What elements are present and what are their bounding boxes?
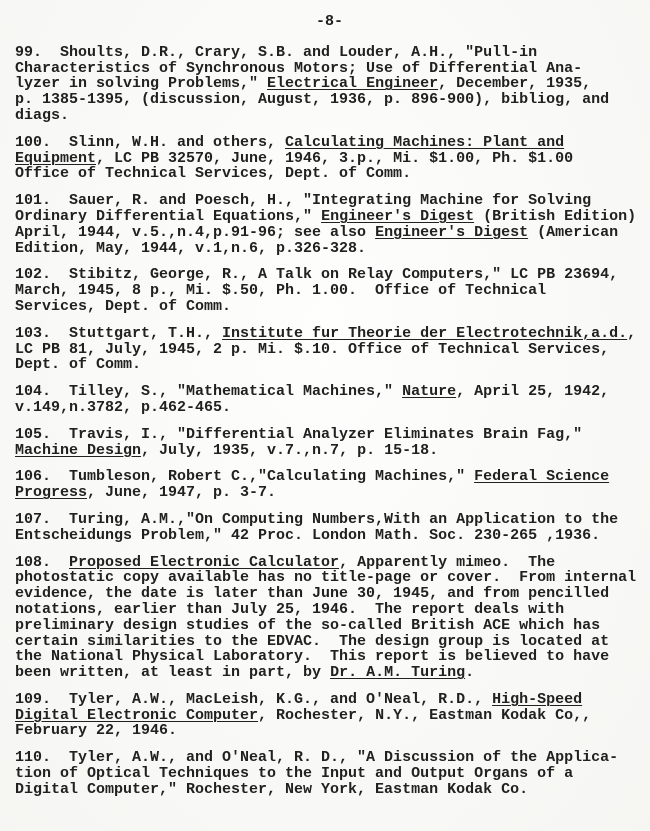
bib-line: preliminary design studies of the so-cal… [15, 618, 644, 634]
bib-line: Office of Technical Services, Dept. of C… [15, 166, 644, 182]
bib-line: February 22, 1946. [15, 723, 644, 739]
underlined-title: Institute fur Theorie der Electrotechnik… [222, 325, 627, 342]
underlined-title: Equipment [15, 150, 96, 167]
bib-line: been written, at least in part, by Dr. A… [15, 665, 644, 681]
bib-line: 100. Slinn, W.H. and others, Calculating… [15, 135, 644, 151]
bib-line: 103. Stuttgart, T.H., Institute fur Theo… [15, 326, 644, 342]
bib-text: , Rochester, N.Y., Eastman Kodak Co,, [258, 707, 591, 724]
bib-text: Edition, May, 1944, v.1,n.6, p.326-328. [15, 240, 366, 257]
bib-text: 109. Tyler, A.W., MacLeish, K.G., and O'… [15, 691, 492, 708]
bib-line: Characteristics of Synchronous Motors; U… [15, 61, 644, 77]
underlined-title: Nature [402, 383, 456, 400]
bib-text: 103. Stuttgart, T.H., [15, 325, 222, 342]
bib-line: 110. Tyler, A.W., and O'Neal, R. D., "A … [15, 750, 644, 766]
bib-entry-105: 105. Travis, I., "Differential Analyzer … [15, 427, 644, 459]
bib-line: April, 1944, v.5.,n.4,p.91-96; see also … [15, 225, 644, 241]
bib-text: March, 1945, 8 p., Mi. $.50, Ph. 1.00. O… [15, 282, 546, 299]
bib-line: 105. Travis, I., "Differential Analyzer … [15, 427, 644, 443]
bib-line: certain similarities to the EDVAC. The d… [15, 634, 644, 650]
bib-entry-101: 101. Sauer, R. and Poesch, H., "Integrat… [15, 193, 644, 256]
bib-text: v.149,n.3782, p.462-465. [15, 399, 231, 416]
bib-text: p. 1385-1395, (discussion, August, 1936,… [15, 91, 609, 108]
bib-text: (American [528, 224, 618, 241]
bib-line: 101. Sauer, R. and Poesch, H., "Integrat… [15, 193, 644, 209]
bib-text: 108. [15, 554, 69, 571]
bib-text: notations, earlier than July 25, 1946. T… [15, 601, 564, 618]
bib-text: April, 1944, v.5.,n.4,p.91-96; see also [15, 224, 375, 241]
underlined-title: High-Speed [492, 691, 582, 708]
bib-text: 104. Tilley, S., "Mathematical Machines,… [15, 383, 402, 400]
bib-text: 106. Tumbleson, Robert C.,"Calculating M… [15, 468, 474, 485]
bib-line: March, 1945, 8 p., Mi. $.50, Ph. 1.00. O… [15, 283, 644, 299]
page-number: -8- [15, 14, 644, 30]
bib-line: evidence, the date is later than June 30… [15, 586, 644, 602]
bib-line: Ordinary Differential Equations," Engine… [15, 209, 644, 225]
bib-text: LC PB 81, July, 1945, 2 p. Mi. $.10. Off… [15, 341, 609, 358]
bib-text: tion of Optical Techniques to the Input … [15, 765, 573, 782]
underlined-title: Federal Science [474, 468, 609, 485]
bib-text: , April 25, 1942, [456, 383, 609, 400]
bib-entry-106: 106. Tumbleson, Robert C.,"Calculating M… [15, 469, 644, 501]
bib-text: , Apparently mimeo. The [339, 554, 555, 571]
bib-text: 101. Sauer, R. and Poesch, H., "Integrat… [15, 192, 591, 209]
bib-line: the National Physical Laboratory. This r… [15, 649, 644, 665]
bib-line: Entscheidungs Problem," 42 Proc. London … [15, 528, 644, 544]
bib-line: 102. Stibitz, George, R., A Talk on Rela… [15, 267, 644, 283]
underlined-title: Digital Electronic Computer [15, 707, 258, 724]
bib-text: 102. Stibitz, George, R., A Talk on Rela… [15, 266, 618, 283]
bib-line: 109. Tyler, A.W., MacLeish, K.G., and O'… [15, 692, 644, 708]
bib-line: 107. Turing, A.M.,"On Computing Numbers,… [15, 512, 644, 528]
bib-text: the National Physical Laboratory. This r… [15, 648, 609, 665]
bib-line: Machine Design, July, 1935, v.7.,n.7, p.… [15, 443, 644, 459]
underlined-title: Dr. A.M. Turing [330, 664, 465, 681]
bib-line: p. 1385-1395, (discussion, August, 1936,… [15, 92, 644, 108]
bib-text: , December, 1935, [438, 75, 591, 92]
document-page: -8- 99. Shoults, D.R., Crary, S.B. and L… [0, 0, 650, 831]
bib-text: Office of Technical Services, Dept. of C… [15, 165, 411, 182]
bib-entry-102: 102. Stibitz, George, R., A Talk on Rela… [15, 267, 644, 314]
bib-text: 100. Slinn, W.H. and others, [15, 134, 285, 151]
bib-line: Edition, May, 1944, v.1,n.6, p.326-328. [15, 241, 644, 257]
bib-text: been written, at least in part, by [15, 664, 330, 681]
underlined-title: Engineer's Digest [321, 208, 474, 225]
bib-text: , LC PB 32570, June, 1946, 3.p., Mi. $1.… [96, 150, 573, 167]
bib-entry-100: 100. Slinn, W.H. and others, Calculating… [15, 135, 644, 182]
bib-text: 99. Shoults, D.R., Crary, S.B. and Loude… [15, 44, 537, 61]
underlined-title: Calculating Machines: Plant and [285, 134, 564, 151]
bib-text: preliminary design studies of the so-cal… [15, 617, 600, 634]
bib-text: Digital Computer," Rochester, New York, … [15, 781, 528, 798]
bib-line: Digital Electronic Computer, Rochester, … [15, 708, 644, 724]
bib-line: Progress, June, 1947, p. 3-7. [15, 485, 644, 501]
bib-entry-108: 108. Proposed Electronic Calculator, App… [15, 555, 644, 681]
bib-line: 99. Shoults, D.R., Crary, S.B. and Loude… [15, 45, 644, 61]
underlined-title: Proposed Electronic Calculator [69, 554, 339, 571]
bibliography-list: 99. Shoults, D.R., Crary, S.B. and Loude… [15, 45, 644, 798]
bib-entry-99: 99. Shoults, D.R., Crary, S.B. and Loude… [15, 45, 644, 124]
bib-text: 110. Tyler, A.W., and O'Neal, R. D., "A … [15, 749, 618, 766]
bib-text: Services, Dept. of Comm. [15, 298, 231, 315]
bib-line: photostatic copy available has no title-… [15, 570, 644, 586]
bib-line: 106. Tumbleson, Robert C.,"Calculating M… [15, 469, 644, 485]
bib-line: Equipment, LC PB 32570, June, 1946, 3.p.… [15, 151, 644, 167]
bib-entry-107: 107. Turing, A.M.,"On Computing Numbers,… [15, 512, 644, 544]
underlined-title: Progress [15, 484, 87, 501]
bib-line: 104. Tilley, S., "Mathematical Machines,… [15, 384, 644, 400]
bib-line: Services, Dept. of Comm. [15, 299, 644, 315]
bib-text: Entscheidungs Problem," 42 Proc. London … [15, 527, 600, 544]
bib-line: diags. [15, 108, 644, 124]
bib-text: Ordinary Differential Equations," [15, 208, 321, 225]
bib-line: LC PB 81, July, 1945, 2 p. Mi. $.10. Off… [15, 342, 644, 358]
bib-text: (British Edition) [474, 208, 636, 225]
bib-text: , [627, 325, 636, 342]
bib-text: evidence, the date is later than June 30… [15, 585, 609, 602]
bib-line: 108. Proposed Electronic Calculator, App… [15, 555, 644, 571]
bib-text: diags. [15, 107, 69, 124]
bib-text: photostatic copy available has no title-… [15, 569, 636, 586]
underlined-title: Machine Design [15, 442, 141, 459]
bib-text: , June, 1947, p. 3-7. [87, 484, 276, 501]
bib-entry-103: 103. Stuttgart, T.H., Institute fur Theo… [15, 326, 644, 373]
bib-entry-109: 109. Tyler, A.W., MacLeish, K.G., and O'… [15, 692, 644, 739]
bib-text: 105. Travis, I., "Differential Analyzer … [15, 426, 582, 443]
bib-line: Dept. of Comm. [15, 357, 644, 373]
bib-text: Characteristics of Synchronous Motors; U… [15, 60, 582, 77]
bib-line: v.149,n.3782, p.462-465. [15, 400, 644, 416]
bib-line: lyzer in solving Problems," Electrical E… [15, 76, 644, 92]
bib-entry-104: 104. Tilley, S., "Mathematical Machines,… [15, 384, 644, 416]
underlined-title: Engineer's Digest [375, 224, 528, 241]
bib-text: February 22, 1946. [15, 722, 177, 739]
bib-text: certain similarities to the EDVAC. The d… [15, 633, 609, 650]
bib-line: notations, earlier than July 25, 1946. T… [15, 602, 644, 618]
underlined-title: Electrical Engineer [267, 75, 438, 92]
bib-text: . [465, 664, 474, 681]
bib-line: Digital Computer," Rochester, New York, … [15, 782, 644, 798]
bib-entry-110: 110. Tyler, A.W., and O'Neal, R. D., "A … [15, 750, 644, 797]
bib-text: 107. Turing, A.M.,"On Computing Numbers,… [15, 511, 618, 528]
bib-line: tion of Optical Techniques to the Input … [15, 766, 644, 782]
bib-text: Dept. of Comm. [15, 356, 141, 373]
bib-text: lyzer in solving Problems," [15, 75, 267, 92]
bib-text: , July, 1935, v.7.,n.7, p. 15-18. [141, 442, 438, 459]
